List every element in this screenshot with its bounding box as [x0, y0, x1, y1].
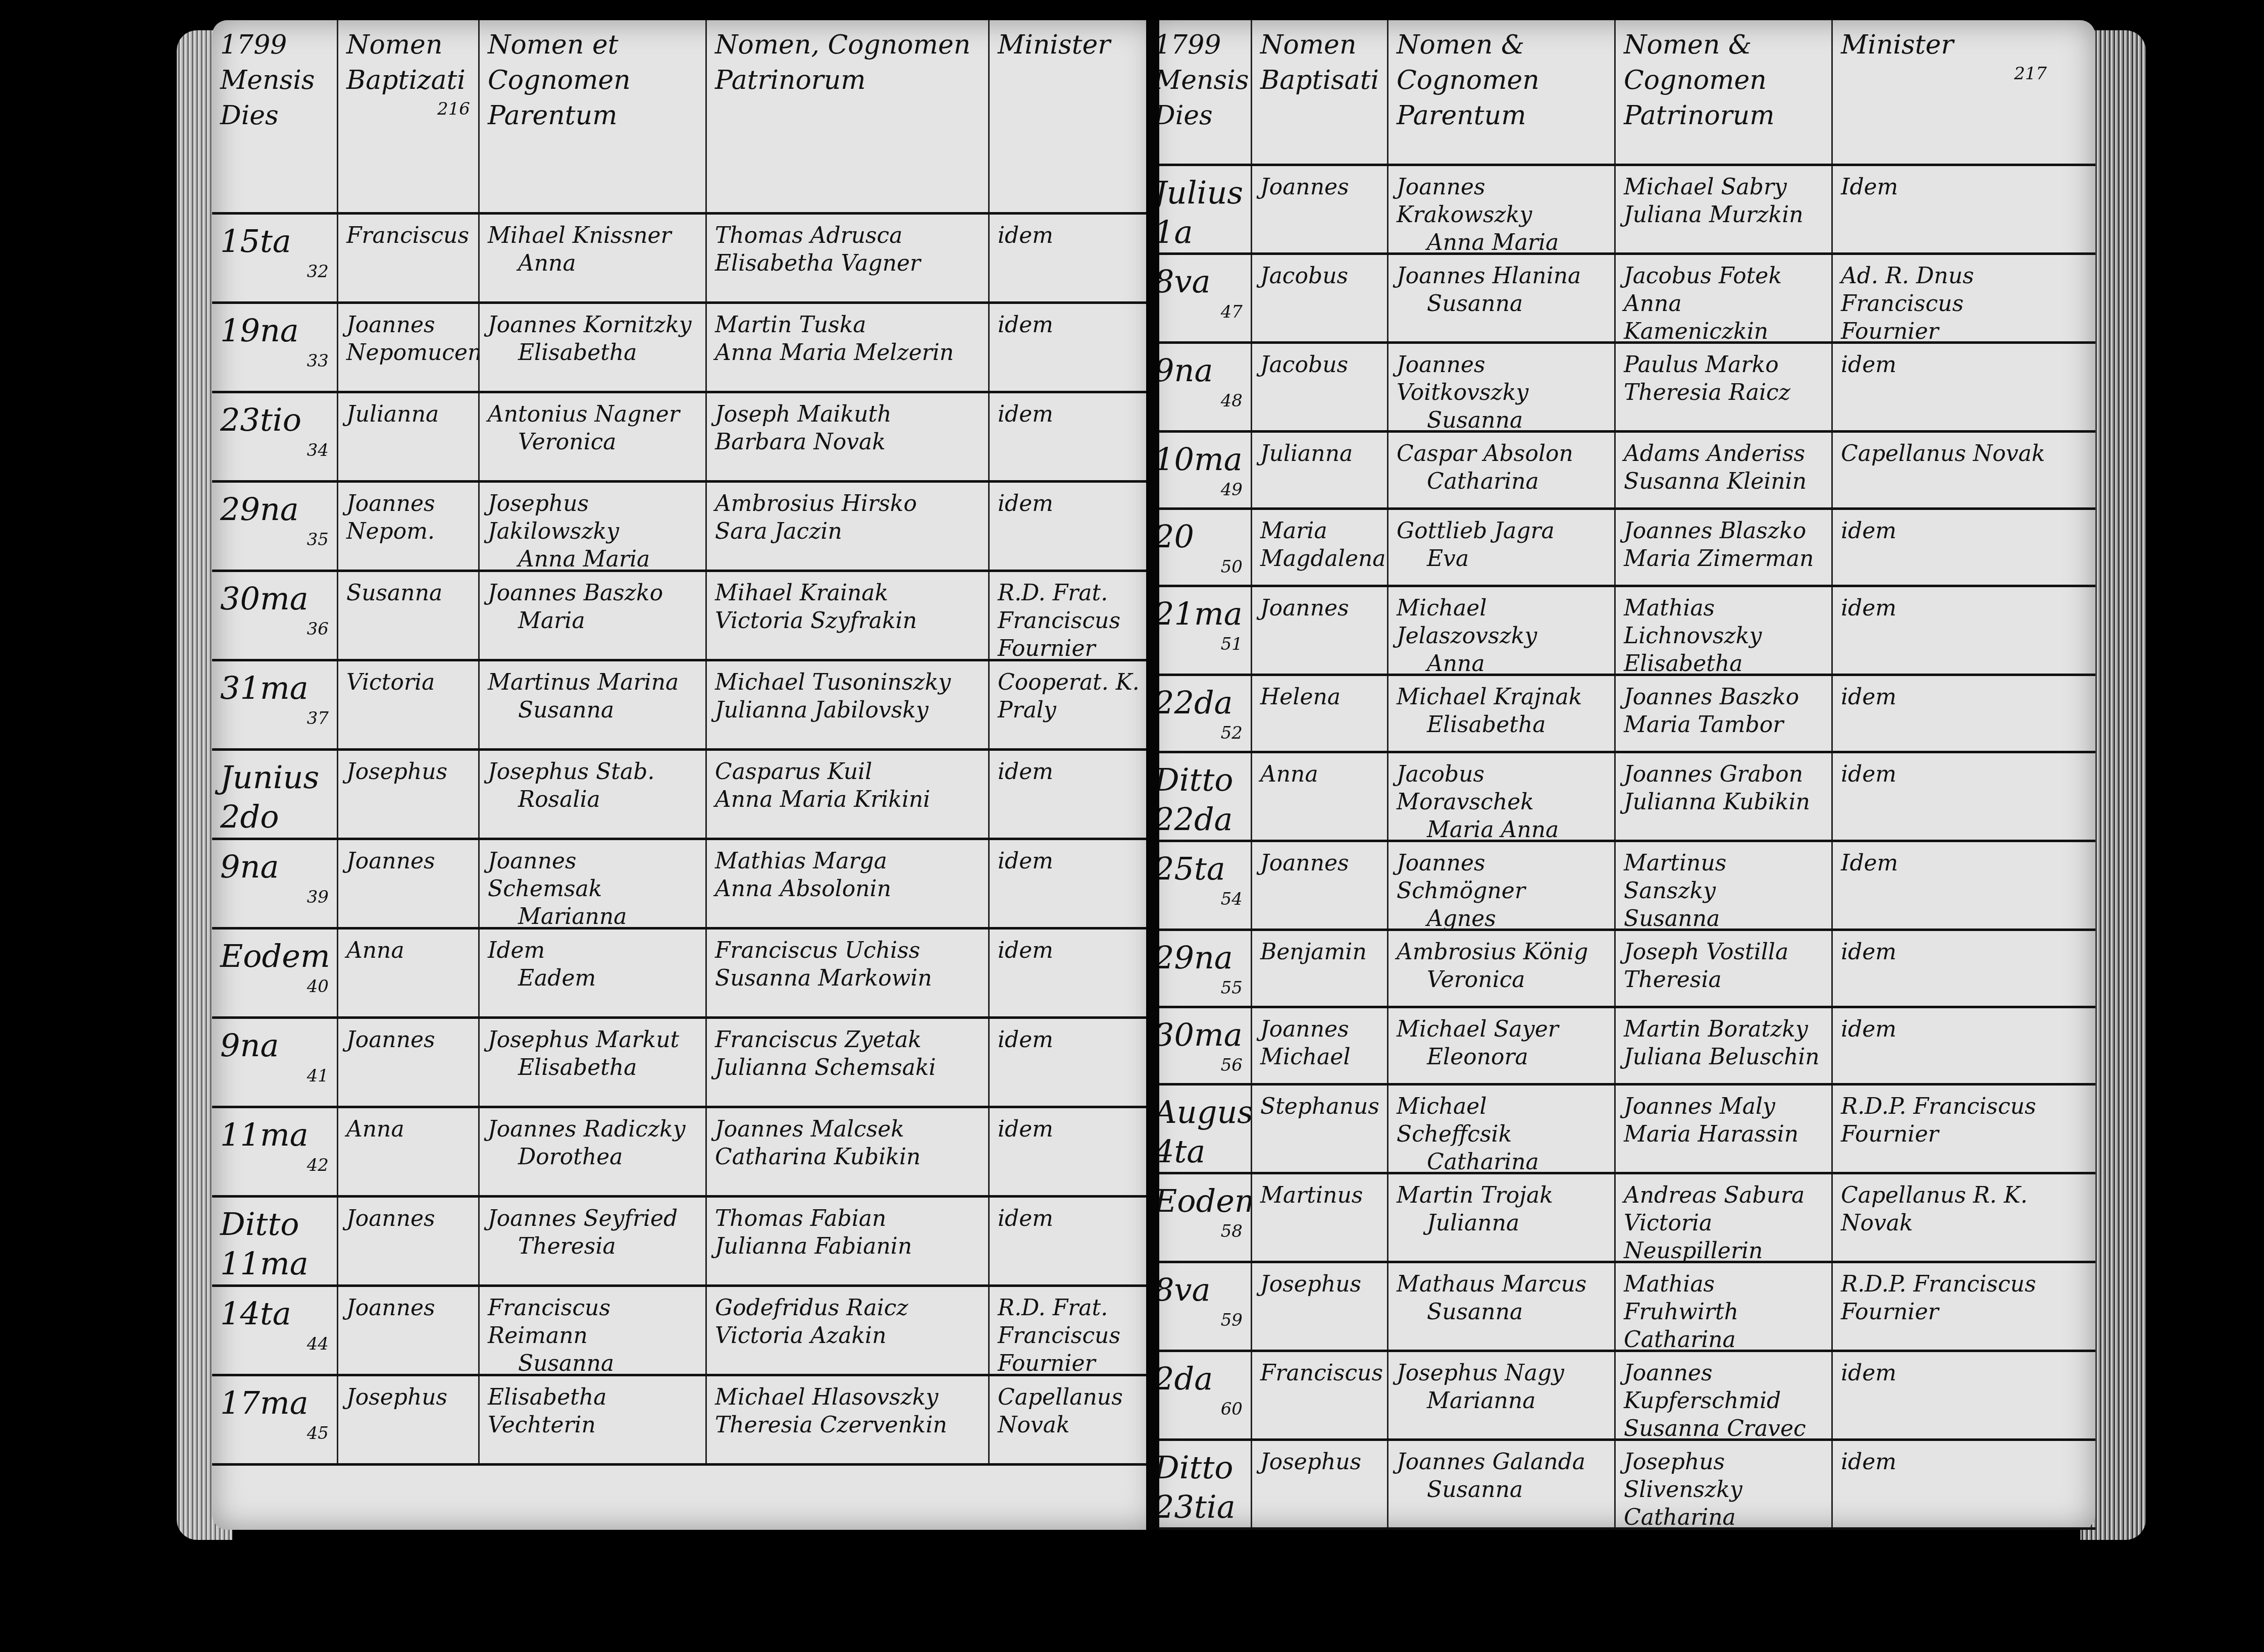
table-row: 21ma51JoannesMichael JelaszovszkyAnnaMat…: [1146, 587, 2095, 676]
entry-number: 56: [1154, 1055, 1243, 1076]
minister-name: idem: [1833, 676, 2055, 751]
parents-names: Franciscus ReimannSusanna: [480, 1287, 707, 1374]
parents-names: Joannes SchmögnerAgnes: [1388, 842, 1616, 928]
table-row: 22da52HelenaMichael KrajnakElisabethaJoa…: [1146, 676, 2095, 753]
header-godparents: Nomen, Cognomen Patrinorum: [707, 20, 990, 212]
table-row: Junius 2do38JosephusJosephus Stab.Rosali…: [212, 751, 1156, 840]
parents-names: Joannes VoitkovszkySusanna: [1388, 344, 1616, 430]
entry-number: 54: [1154, 889, 1243, 910]
entry-number: 47: [1154, 301, 1243, 323]
header-minister: Minister217: [1833, 20, 2055, 164]
page-number: 216: [346, 98, 470, 121]
table-row: 11ma42AnnaJoannes RadiczkyDorotheaJoanne…: [212, 1108, 1156, 1198]
child-name: Helena: [1252, 676, 1388, 751]
child-name: Josephus: [338, 751, 480, 838]
register-page-left: 1799 Mensis Dies Nomen Baptizati 216 Nom…: [212, 20, 1156, 1530]
table-row: 19na33Joannes NepomucenusJoannes Kornitz…: [212, 304, 1156, 393]
parents-names: Josephus MarkutElisabetha: [480, 1019, 707, 1106]
entry-number: 57: [1154, 1171, 1243, 1172]
entry-number: 33: [220, 350, 329, 372]
godparents-names: Adams AnderissSusanna Kleinin: [1616, 433, 1833, 507]
entry-number: 35: [220, 529, 329, 551]
table-row: 30ma36SusannaJoannes BaszkoMariaMihael K…: [212, 572, 1156, 661]
minister-name: idem: [1833, 510, 2055, 585]
entry-date: 11ma42: [212, 1108, 338, 1195]
entry-number: 60: [1154, 1399, 1243, 1420]
minister-name: Capellanus Novak: [990, 1376, 1156, 1463]
minister-name: idem: [1833, 1008, 2055, 1083]
parents-names: Martin TrojakJulianna: [1388, 1174, 1616, 1261]
minister-name: Capellanus Novak: [1833, 433, 2055, 507]
godparents-names: Paulus MarkoTheresia Raicz: [1616, 344, 1833, 430]
entry-number: 38: [220, 836, 329, 838]
child-name: Susanna: [338, 572, 480, 659]
child-name: Martinus: [1252, 1174, 1388, 1261]
minister-name: idem: [1833, 753, 2055, 840]
minister-name: Ad. R. Dnus Franciscus Fournier Parochus: [1833, 255, 2055, 341]
godparents-names: Casparus KuilAnna Maria Krikini: [707, 751, 990, 838]
entry-date: Junius 2do38: [212, 751, 338, 838]
child-name: Stephanus: [1252, 1086, 1388, 1172]
godparents-names: Joannes MalcsekCatharina Kubikin: [707, 1108, 990, 1195]
child-name: Maria Magdalena: [1252, 510, 1388, 585]
register-table-left: 1799 Mensis Dies Nomen Baptizati 216 Nom…: [212, 20, 1156, 1530]
entry-date: 9na41: [212, 1019, 338, 1106]
godparents-names: Martin TuskaAnna Maria Melzerin: [707, 304, 990, 391]
page-number: 217: [1841, 63, 2047, 86]
godparents-names: Mathias MargaAnna Absolonin: [707, 840, 990, 927]
parents-names: Joannes SeyfriedTheresia: [480, 1198, 707, 1284]
godparents-names: Joannes BlaszkoMaria Zimerman: [1616, 510, 1833, 585]
minister-name: Cooperat. K. Praly: [990, 661, 1156, 748]
header-parents: Nomen & Cognomen Parentum: [1388, 20, 1616, 164]
table-row: 15ta32FranciscusMihael KnissnerAnnaThoma…: [212, 215, 1156, 304]
godparents-names: Joannes BaszkoMaria Tambor: [1616, 676, 1833, 751]
entry-date: Ditto 23tia61: [1146, 1441, 1252, 1527]
table-row: 9na41JoannesJosephus MarkutElisabethaFra…: [212, 1019, 1156, 1108]
child-name: Joannes Michael: [1252, 1008, 1388, 1083]
table-row: 8va59JosephusMathaus MarcusSusannaMathia…: [1146, 1263, 2095, 1352]
entry-number: 45: [220, 1423, 329, 1444]
entry-date: 10ma49: [1146, 433, 1252, 507]
entry-date: 31ma37: [212, 661, 338, 748]
entry-date: 2050: [1146, 510, 1252, 585]
parents-names: Ambrosius KönigVeronica: [1388, 931, 1616, 1006]
child-name: Josephus: [338, 1376, 480, 1463]
entry-number: 52: [1154, 722, 1243, 744]
godparents-names: Michael SabryJuliana Murzkin: [1616, 166, 1833, 252]
entry-number: 40: [220, 976, 329, 998]
minister-name: idem: [990, 751, 1156, 838]
entry-number: 42: [220, 1155, 329, 1176]
parents-names: Mathaus MarcusSusanna: [1388, 1263, 1616, 1350]
entry-date: Eodem40: [212, 930, 338, 1016]
table-row: 25ta54JoannesJoannes SchmögnerAgnesMarti…: [1146, 842, 2095, 931]
minister-name: Idem: [1833, 166, 2055, 252]
child-name: Joannes: [338, 840, 480, 927]
godparents-names: Michael TusoninszkyJulianna Jabilovsky: [707, 661, 990, 748]
child-name: Julianna: [1252, 433, 1388, 507]
minister-name: Idem: [1833, 842, 2055, 928]
entry-date: 25ta54: [1146, 842, 1252, 928]
entry-number: 50: [1154, 556, 1243, 578]
entry-number: 48: [1154, 390, 1243, 412]
child-name: Franciscus: [338, 215, 480, 301]
entry-date: 9na48: [1146, 344, 1252, 430]
parents-names: Michael SayerEleonora: [1388, 1008, 1616, 1083]
child-name: Victoria: [338, 661, 480, 748]
child-name: Franciscus: [1252, 1352, 1388, 1438]
entry-date: Julius 1a Julii46: [1146, 166, 1252, 252]
child-name: Joannes: [1252, 166, 1388, 252]
entry-date: 22da52: [1146, 676, 1252, 751]
parents-names: Gottlieb JagraEva: [1388, 510, 1616, 585]
entry-number: 55: [1154, 977, 1243, 999]
entry-number: 41: [220, 1065, 329, 1087]
child-name: Anna: [338, 1108, 480, 1195]
parents-names: Jacobus MoravschekMaria Anna: [1388, 753, 1616, 840]
entry-date: 23tio34: [212, 393, 338, 480]
minister-name: idem: [1833, 931, 2055, 1006]
entry-number: 53: [1154, 839, 1243, 840]
table-row: 17ma45JosephusElisabetha VechterinMichae…: [212, 1376, 1156, 1466]
table-row: Eodem58MartinusMartin TrojakJuliannaAndr…: [1146, 1174, 2095, 1263]
godparents-names: Michael HlasovszkyTheresia Czervenkin: [707, 1376, 990, 1463]
book-gutter: [1146, 20, 1159, 1530]
child-name: Jacobus: [1252, 255, 1388, 341]
minister-name: idem: [990, 304, 1156, 391]
table-row: 31ma37VictoriaMartinus MarinaSusannaMich…: [212, 661, 1156, 751]
entry-date: Ditto 11ma43: [212, 1198, 338, 1284]
godparents-names: Godefridus RaiczVictoria Azakin: [707, 1287, 990, 1374]
register-table-right: 1799 Mensis Dies Nomen Baptisati Nomen &…: [1146, 20, 2095, 1530]
entry-number: 49: [1154, 479, 1243, 501]
godparents-names: Jacobus FotekAnna Kameniczkin: [1616, 255, 1833, 341]
godparents-names: Joannes KupferschmidSusanna Cravec: [1616, 1352, 1833, 1438]
entry-date: 29na35: [212, 483, 338, 570]
parents-names: Josephus JakilowszkyAnna Maria: [480, 483, 707, 570]
minister-name: idem: [990, 215, 1156, 301]
table-row: 14ta44JoannesFranciscus ReimannSusannaGo…: [212, 1287, 1156, 1376]
minister-name: idem: [990, 1108, 1156, 1195]
table-row: Julius 1a Julii46JoannesJoannes Krakowsz…: [1146, 166, 2095, 255]
parents-names: Joannes BaszkoMaria: [480, 572, 707, 659]
child-name: Joannes: [338, 1287, 480, 1374]
minister-name: idem: [990, 483, 1156, 570]
godparents-names: Josephus SlivenszkyCatharina Markin: [1616, 1441, 1833, 1527]
godparents-names: Franciscus ZyetakJulianna Schemsaki: [707, 1019, 990, 1106]
header-godparents: Nomen & Cognomen Patrinorum: [1616, 20, 1833, 164]
parents-names: Martinus MarinaSusanna: [480, 661, 707, 748]
minister-name: idem: [1833, 1441, 2055, 1527]
entry-number: 59: [1154, 1310, 1243, 1331]
parents-names: Josephus NagyMarianna: [1388, 1352, 1616, 1438]
table-row: 23tio34JuliannaAntonius NagnerVeronicaJo…: [212, 393, 1156, 483]
godparents-names: Mathias FruhwirthCatharina Hoffmann: [1616, 1263, 1833, 1350]
parents-names: Antonius NagnerVeronica: [480, 393, 707, 480]
entry-date: 30ma56: [1146, 1008, 1252, 1083]
entry-date: 14ta44: [212, 1287, 338, 1374]
child-name: Benjamin: [1252, 931, 1388, 1006]
table-row: Eodem40AnnaIdemEademFranciscus UchissSus…: [212, 930, 1156, 1019]
table-row: 9na48JacobusJoannes VoitkovszkySusannaPa…: [1146, 344, 2095, 433]
table-row: 2050Maria MagdalenaGottlieb JagraEvaJoan…: [1146, 510, 2095, 587]
entry-date: 29na55: [1146, 931, 1252, 1006]
child-name: Josephus: [1252, 1441, 1388, 1527]
parents-names: IdemEadem: [480, 930, 707, 1016]
entry-date: 15ta32: [212, 215, 338, 301]
entry-date: 30ma36: [212, 572, 338, 659]
godparents-names: Thomas FabianJulianna Fabianin: [707, 1198, 990, 1284]
child-name: Julianna: [338, 393, 480, 480]
child-name: Joannes Nepomucenus: [338, 304, 480, 391]
table-row: 29na55BenjaminAmbrosius KönigVeronicaJos…: [1146, 931, 2095, 1008]
minister-name: idem: [990, 1019, 1156, 1106]
godparents-names: Martin BoratzkyJuliana Beluschin: [1616, 1008, 1833, 1083]
minister-name: R.D.P. Franciscus Fournier: [1833, 1086, 2055, 1172]
godparents-names: Joseph MaikuthBarbara Novak: [707, 393, 990, 480]
child-name: Joannes Nepom.: [338, 483, 480, 570]
child-name: Joannes: [1252, 842, 1388, 928]
minister-name: idem: [1833, 344, 2055, 430]
godparents-names: Andreas SaburaVictoria Neuspillerin: [1616, 1174, 1833, 1261]
godparents-names: Mathias LichnovszkyElisabetha Vechterin: [1616, 587, 1833, 674]
child-name: Joannes: [1252, 587, 1388, 674]
parents-names: Michael JelaszovszkyAnna: [1388, 587, 1616, 674]
header-date: 1799 Mensis Dies: [1146, 20, 1252, 164]
table-row: Ditto 23tia61JosephusJoannes GalandaSusa…: [1146, 1441, 2095, 1530]
entry-number: 36: [220, 618, 329, 640]
entry-number: 37: [220, 708, 329, 730]
entry-number: 58: [1154, 1221, 1243, 1243]
entry-date: 2da60: [1146, 1352, 1252, 1438]
child-name: Joannes: [338, 1019, 480, 1106]
godparents-names: Joseph VostillaTheresia: [1616, 931, 1833, 1006]
child-name: Joannes: [338, 1198, 480, 1284]
godparents-names: Mihael KrainakVictoria Szyfrakin: [707, 572, 990, 659]
child-name: Anna: [338, 930, 480, 1016]
minister-name: R.D. Frat. Franciscus Fournier: [990, 572, 1156, 659]
register-page-right: 1799 Mensis Dies Nomen Baptisati Nomen &…: [1146, 20, 2095, 1530]
entry-date: 21ma51: [1146, 587, 1252, 674]
parents-names: Josephus Stab.Rosalia: [480, 751, 707, 838]
table-row: 2da60FranciscusJosephus NagyMariannaJoan…: [1146, 1352, 2095, 1441]
entry-date: 8va47: [1146, 255, 1252, 341]
table-row: 8va47JacobusJoannes HlaninaSusannaJacobu…: [1146, 255, 2095, 344]
godparents-names: Thomas AdruscaElisabetha Vagner: [707, 215, 990, 301]
header-minister: Minister: [990, 20, 1156, 212]
table-row: Ditto 22da53AnnaJacobus MoravschekMaria …: [1146, 753, 2095, 842]
table-row: Augustus 4ta57StephanusMichael Scheffcsi…: [1146, 1086, 2095, 1174]
minister-name: idem: [1833, 587, 2055, 674]
parents-names: Joannes SchemsakMarianna: [480, 840, 707, 927]
header-row: 1799 Mensis Dies Nomen Baptisati Nomen &…: [1146, 20, 2095, 166]
entry-date: Augustus 4ta57: [1146, 1086, 1252, 1172]
minister-name: idem: [990, 840, 1156, 927]
child-name: Josephus: [1252, 1263, 1388, 1350]
parents-names: Michael KrajnakElisabetha: [1388, 676, 1616, 751]
entry-date: Ditto 22da53: [1146, 753, 1252, 840]
parents-names: Joannes RadiczkyDorothea: [480, 1108, 707, 1195]
table-row: 29na35Joannes Nepom.Josephus Jakilowszky…: [212, 483, 1156, 572]
minister-name: idem: [990, 1198, 1156, 1284]
entry-date: Eodem58: [1146, 1174, 1252, 1261]
parents-names: Michael ScheffcsikCatharina: [1388, 1086, 1616, 1172]
header-parents: Nomen et Cognomen Parentum: [480, 20, 707, 212]
entry-date: 19na33: [212, 304, 338, 391]
entry-number: 43: [220, 1283, 329, 1284]
godparents-names: Franciscus UchissSusanna Markowin: [707, 930, 990, 1016]
godparents-names: Ambrosius HirskoSara Jaczin: [707, 483, 990, 570]
parents-names: Joannes KrakowszkyAnna Maria: [1388, 166, 1616, 252]
minister-name: Capellanus R. K. Novak: [1833, 1174, 2055, 1261]
entry-number: 39: [220, 887, 329, 908]
table-row: 9na39JoannesJoannes SchemsakMariannaMath…: [212, 840, 1156, 930]
parents-names: Joannes GalandaSusanna: [1388, 1441, 1616, 1527]
entry-number: 34: [220, 440, 329, 461]
minister-name: idem: [990, 930, 1156, 1016]
parents-names: Caspar AbsolonCatharina: [1388, 433, 1616, 507]
minister-name: idem: [990, 393, 1156, 480]
header-date: 1799 Mensis Dies: [212, 20, 338, 212]
parents-names: Elisabetha Vechterin: [480, 1376, 707, 1463]
header-row: 1799 Mensis Dies Nomen Baptizati 216 Nom…: [212, 20, 1156, 215]
header-child: Nomen Baptizati 216: [338, 20, 480, 212]
table-row: 30ma56Joannes MichaelMichael SayerEleono…: [1146, 1008, 2095, 1086]
header-child: Nomen Baptisati: [1252, 20, 1388, 164]
entry-number: 44: [220, 1333, 329, 1355]
godparents-names: Joannes MalyMaria Harassin: [1616, 1086, 1833, 1172]
parents-names: Joannes KornitzkyElisabetha: [480, 304, 707, 391]
parents-names: Mihael KnissnerAnna: [480, 215, 707, 301]
minister-name: R.D.P. Franciscus Fournier: [1833, 1263, 2055, 1350]
godparents-names: Martinus SanszkySusanna Schriferin: [1616, 842, 1833, 928]
child-name: Jacobus: [1252, 344, 1388, 430]
entry-number: 32: [220, 261, 329, 283]
parents-names: Joannes HlaninaSusanna: [1388, 255, 1616, 341]
entry-date: 8va59: [1146, 1263, 1252, 1350]
minister-name: R.D. Frat. Franciscus Fournier: [990, 1287, 1156, 1374]
entry-number: 61: [1154, 1526, 1243, 1527]
table-row: Ditto 11ma43JoannesJoannes SeyfriedThere…: [212, 1198, 1156, 1287]
godparents-names: Joannes GrabonJulianna Kubikin: [1616, 753, 1833, 840]
minister-name: idem: [1833, 1352, 2055, 1438]
entry-date: 17ma45: [212, 1376, 338, 1463]
entry-date: 9na39: [212, 840, 338, 927]
table-row: 10ma49JuliannaCaspar AbsolonCatharinaAda…: [1146, 433, 2095, 510]
child-name: Anna: [1252, 753, 1388, 840]
entry-number: 51: [1154, 634, 1243, 655]
